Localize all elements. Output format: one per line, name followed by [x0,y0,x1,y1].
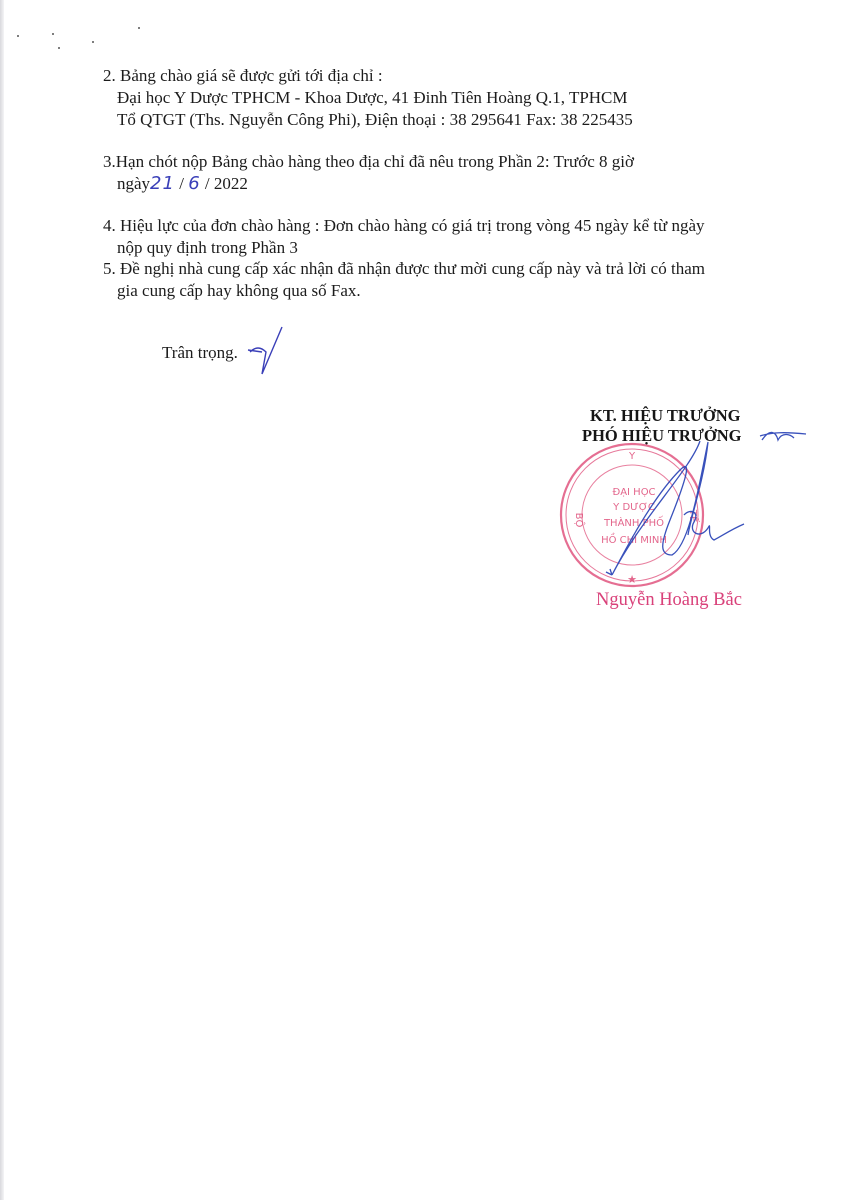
stamp-inner-line: ĐẠI HỌC [612,487,655,498]
signer-name: Nguyễn Hoàng Bắc [596,590,742,611]
stamp-ring-top: Y [628,451,636,462]
stamp-inner-line: THÀNH PHỐ [603,515,664,529]
initial-checkmark-icon [248,327,282,374]
stamp-ring-bottom: ★ [627,573,637,586]
stamp-ring-left: BỘ [573,513,586,528]
